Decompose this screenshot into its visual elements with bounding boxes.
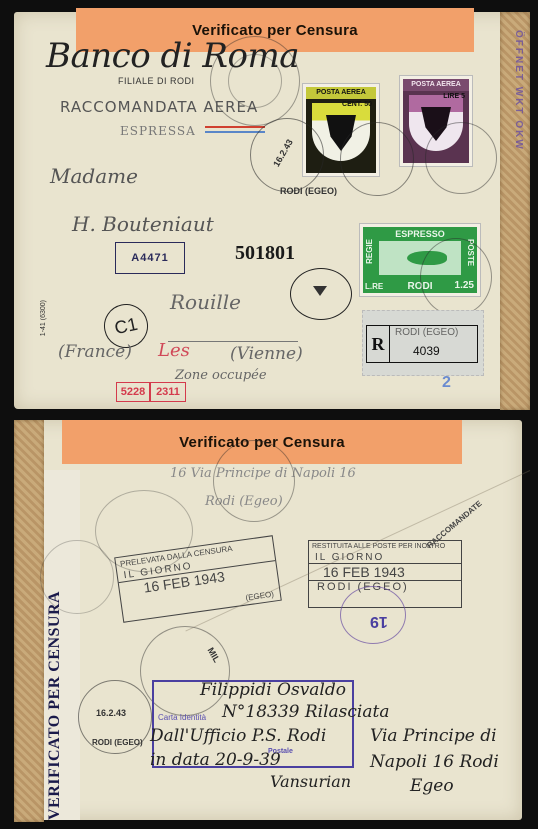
serial-number: 501801 bbox=[235, 242, 295, 265]
sender-address-3: Egeo bbox=[410, 776, 454, 796]
registration-number: 4039 bbox=[413, 344, 440, 358]
registration-office: RODI (EGEO) bbox=[395, 327, 458, 338]
censor-tape-left bbox=[14, 420, 44, 822]
stamp-top-label: POSTA AEREA bbox=[306, 87, 376, 99]
red-box-2: 2311 bbox=[150, 382, 186, 402]
express-line: ESPRESSA bbox=[120, 124, 196, 138]
recipient-name: H. Bouteniaut bbox=[72, 212, 214, 236]
censor-number: A4471 bbox=[131, 252, 168, 264]
print-code: 1-41 (6300) bbox=[40, 300, 47, 336]
recipient-town: Rouille bbox=[170, 290, 241, 314]
stamp-top-label: ESPRESSO bbox=[381, 229, 459, 239]
registration-letter: R bbox=[367, 326, 390, 362]
sender-line-2: N°18339 Rilasciata bbox=[222, 702, 389, 722]
stamp-value: CENT. 50 bbox=[342, 101, 372, 108]
back-postmark-airmail-place: RODI (EGEO) bbox=[92, 738, 143, 747]
boxed-right-date: 16 FEB 1943 bbox=[309, 563, 461, 580]
tape-text: ÖFFNET WKT OKW bbox=[506, 30, 524, 390]
postmark-espresso bbox=[420, 238, 492, 316]
recipient-place-red: Les bbox=[158, 340, 190, 361]
back-postmark-faint-2 bbox=[40, 540, 114, 614]
red-box-1-text: 5228 bbox=[121, 386, 145, 398]
sender-signature: Vansurian bbox=[270, 772, 351, 791]
identity-label-1: Carta Identità bbox=[158, 713, 206, 722]
sender-line-3: Dall'Ufficio P.S. Rodi bbox=[150, 726, 326, 746]
c1-text: C1 bbox=[113, 313, 140, 338]
back-postmark-airmail-date: 16.2.43 bbox=[96, 708, 126, 718]
censor-number-box: A4471 bbox=[115, 242, 185, 274]
stamp-value: LIRE 5 bbox=[443, 93, 465, 100]
blue-mark: 2 bbox=[442, 374, 451, 392]
service-line: RACCOMANDATA AEREA bbox=[60, 98, 258, 116]
triangle-icon bbox=[313, 286, 327, 296]
stamp-left-label: REGIE bbox=[365, 239, 374, 264]
postmark-place: RODI (EGEO) bbox=[280, 186, 337, 196]
postmark-posta-aerea-2 bbox=[340, 122, 414, 196]
red-box-1: 5228 bbox=[116, 382, 150, 402]
violet-number: 19 bbox=[370, 612, 388, 630]
recipient-region: (Vienne) bbox=[230, 344, 303, 364]
airmail-stripe-red bbox=[205, 126, 265, 128]
sender-address-1: Via Principe di bbox=[370, 726, 497, 746]
stamp-top-label: POSTA AEREA bbox=[403, 79, 469, 91]
recipient-country: (France) bbox=[58, 342, 132, 362]
recipient-zone: Zone occupée bbox=[175, 368, 267, 383]
salutation: Madame bbox=[50, 164, 138, 188]
back-postmark-top bbox=[213, 440, 295, 522]
sender-line-4: in data 20-9-39 bbox=[150, 750, 281, 770]
letterhead-branch: FILIALE DI RODI bbox=[118, 76, 195, 86]
registration-box: R RODI (EGEO) 4039 bbox=[366, 325, 478, 363]
sender-address-2: Napoli 16 Rodi bbox=[370, 752, 499, 772]
sender-line-1: Filippidi Osvaldo bbox=[200, 680, 346, 700]
postmark-posta-aerea-3 bbox=[425, 122, 497, 194]
red-box-2-text: 2311 bbox=[156, 386, 180, 398]
